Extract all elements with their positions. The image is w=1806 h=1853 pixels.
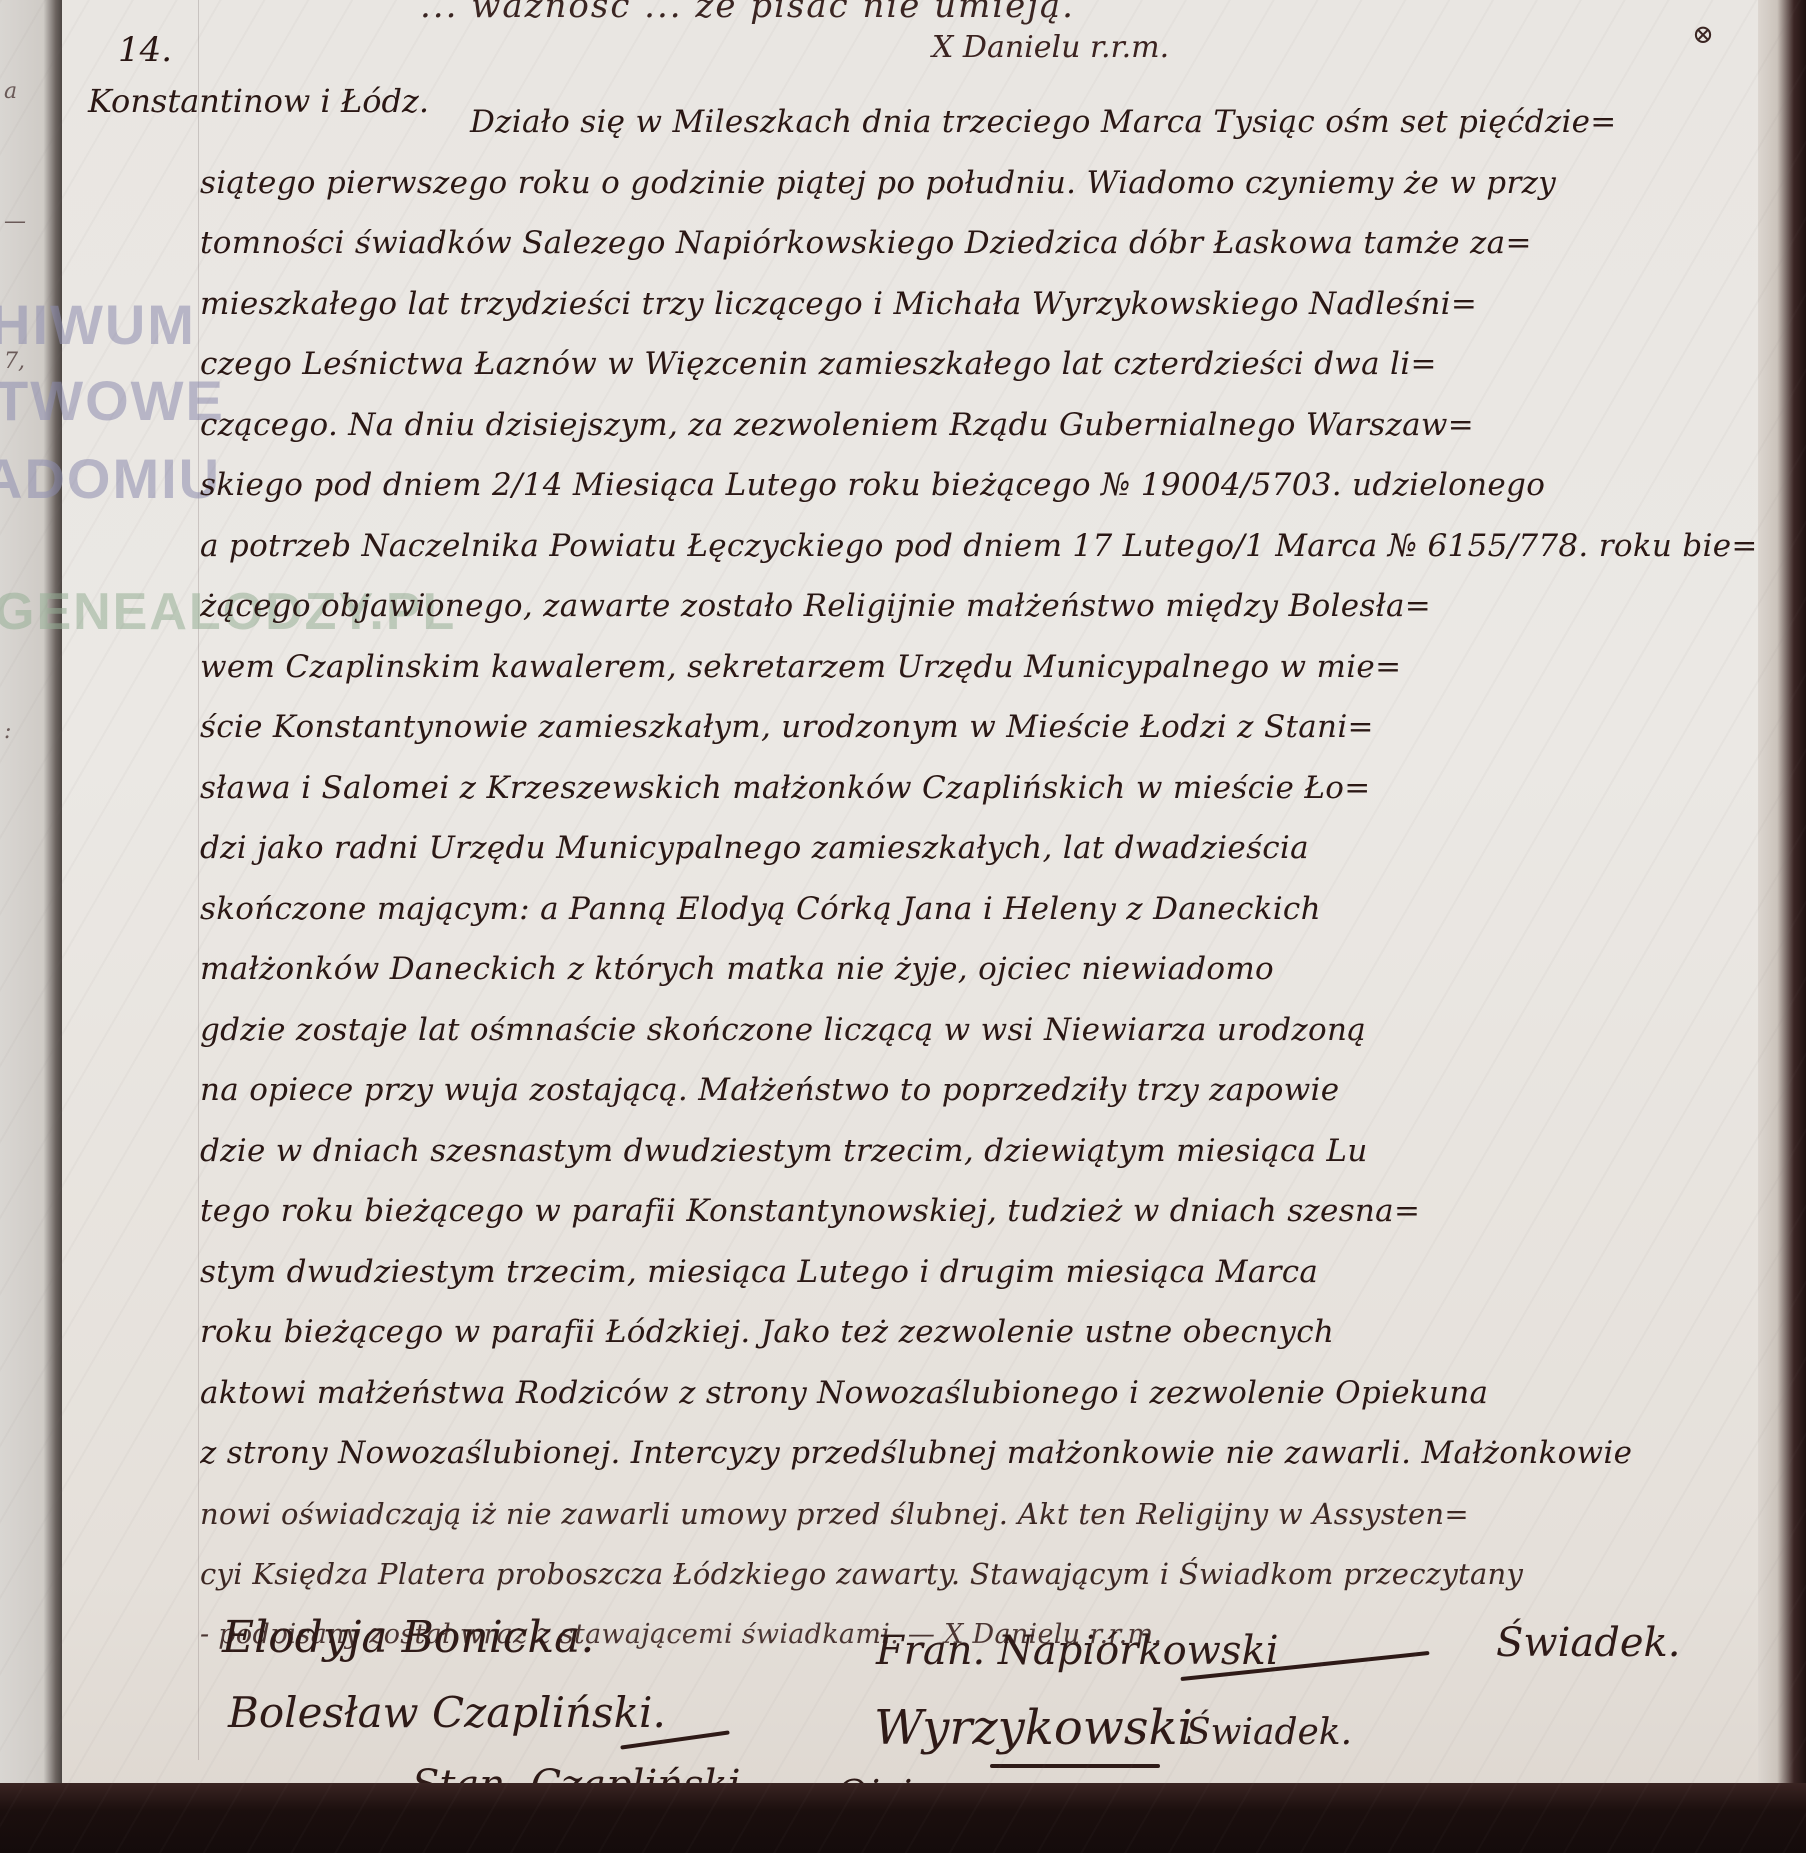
signature-witness-2-role: Świadek.: [1186, 1712, 1352, 1753]
signature-witness-1: Fran. Napiórkowski: [876, 1628, 1278, 1674]
signature-bride: Elodyja Bonicka.: [222, 1612, 594, 1663]
book-binding-bottom: [0, 1783, 1806, 1853]
document-page: a — 7, : HIWUM TWOWE ADOMIU GENEALODZY.P…: [0, 0, 1806, 1853]
signatures-block: Elodyja Bonicka. Bolesław Czapliński. St…: [0, 0, 1806, 1853]
signature-flourish: [990, 1764, 1160, 1768]
signature-groom: Bolesław Czapliński.: [228, 1688, 666, 1737]
signature-witness-1-role: Świadek.: [1496, 1620, 1681, 1666]
signature-witness-2: Wyrzykowski: [874, 1700, 1193, 1756]
book-edge-right: [1758, 0, 1806, 1853]
